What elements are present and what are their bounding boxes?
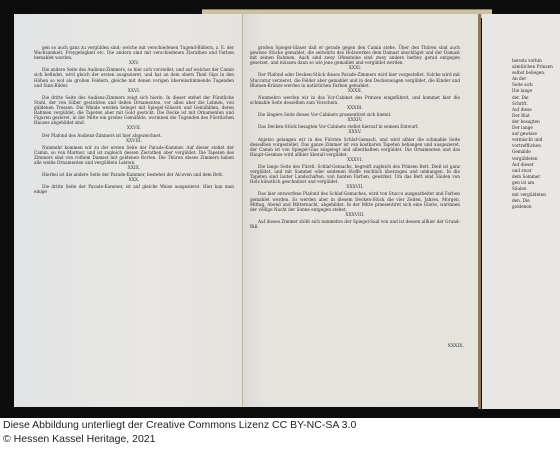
- section-number: XXVIII.: [34, 139, 234, 144]
- text-fragment: den. Die: [504, 198, 560, 203]
- document-scan: gen so auch ganz zu vergülden sind; welc…: [0, 0, 560, 418]
- section-number: XXVI.: [34, 89, 234, 94]
- page-number: XXXIX.: [448, 344, 464, 349]
- paragraph: Anjetzo gelangen wir in des Fürsten Schl…: [250, 137, 460, 157]
- text-fragment: Der lange: [504, 125, 560, 130]
- paragraph: gen so auch ganz zu vergülden sind; welc…: [34, 45, 234, 60]
- paragraph: Nunmehro werden wir in das Vor-Cabinet d…: [250, 95, 460, 105]
- section-number: XXXV.: [250, 130, 460, 135]
- left-page-text: gen so auch ganz zu vergülden sind; welc…: [34, 45, 234, 196]
- paragraph: großen Spiegel-Gläser daß er gerade gege…: [250, 45, 460, 65]
- section-number: XXXIV.: [250, 118, 460, 123]
- paragraph: Das hier entworfene Plafond des Schlaf-G…: [250, 191, 460, 211]
- text-fragment: bereits vorhin: [504, 58, 560, 63]
- paragraph: Hierbei ist die andere Seite der Parade-…: [34, 172, 234, 177]
- paragraph: Die andere Seite des Audienz-Zimmers, so…: [34, 67, 234, 87]
- section-number: XXXVIII.: [250, 213, 460, 218]
- text-fragment: goldenen: [504, 204, 560, 209]
- license-caption: Diese Abbildung unterliegt der Creative …: [3, 419, 356, 431]
- text-fragment: vergüldeten: [504, 156, 560, 161]
- section-number: XXX.: [34, 178, 234, 183]
- section-number: XXV.: [34, 61, 234, 66]
- section-number: XXXVI.: [250, 158, 460, 163]
- paragraph: Das Decken-Stück besagten Vor-Cabinets s…: [250, 124, 460, 129]
- paragraph: Nunmehr kommen wir zu der ersten Seite d…: [34, 145, 234, 165]
- page-fold: [242, 14, 243, 407]
- page-edge: [478, 14, 481, 409]
- middle-page-text: großen Spiegel-Gläser daß er gerade gege…: [250, 45, 460, 230]
- section-number: XXVII.: [34, 126, 234, 131]
- text-fragment: dem Sommer: [504, 174, 560, 179]
- section-number: XXXIII.: [250, 106, 460, 111]
- text-fragment: selbst beliegen.: [504, 70, 560, 75]
- text-fragment: Auf dieser: [504, 162, 560, 167]
- text-fragment: der besagten: [504, 119, 560, 124]
- text-fragment: vermischt und: [504, 137, 560, 142]
- text-fragment: gen ist am: [504, 180, 560, 185]
- text-fragment: Seite sich: [504, 82, 560, 87]
- text-fragment: sämtlichen Prinzen: [504, 64, 560, 69]
- text-fragment: vortrefflichen: [504, 143, 560, 148]
- text-fragment: Schrift.: [504, 101, 560, 106]
- text-fragment: der. Die: [504, 95, 560, 100]
- paragraph: Die dritte Seite des Audienz-Zimmers zei…: [34, 95, 234, 126]
- paragraph: Der Plafond oder Decken-Stück dieses Par…: [250, 72, 460, 87]
- text-fragment: und zwar: [504, 168, 560, 173]
- paragraph: Auf dieses Zimmer stößt sich nunmehro de…: [250, 219, 460, 229]
- text-fragment: mit vergüldeten: [504, 192, 560, 197]
- text-fragment: Der Blat: [504, 113, 560, 118]
- section-number: XXXVII.: [250, 185, 460, 190]
- paragraph: Die dritte Seite der Parade-Kammer, ist …: [34, 184, 234, 194]
- paragraph: Die längere Seite dieses Vor-Cabinets pr…: [250, 112, 460, 117]
- text-fragment: Auf diese: [504, 107, 560, 112]
- section-number: XXIX.: [34, 166, 234, 171]
- text-fragment: Säulen: [504, 186, 560, 191]
- paragraph: Der Plafond des Audienz-Zimmers ist hier…: [34, 133, 234, 138]
- text-fragment: An der: [504, 76, 560, 81]
- section-number: XXXI.: [250, 66, 460, 71]
- right-page-text: bereits vorhin sämtlichen Prinzen selbst…: [504, 58, 560, 210]
- section-number: XXXII.: [250, 89, 460, 94]
- paragraph: Die lange Seite des Fürstl. Schlaf-Gemac…: [250, 164, 460, 184]
- text-fragment: Die lange: [504, 88, 560, 93]
- text-fragment: auf gewisse: [504, 131, 560, 136]
- text-fragment: Gemälde: [504, 149, 560, 154]
- copyright-caption: © Hessen Kassel Heritage, 2021: [3, 433, 156, 445]
